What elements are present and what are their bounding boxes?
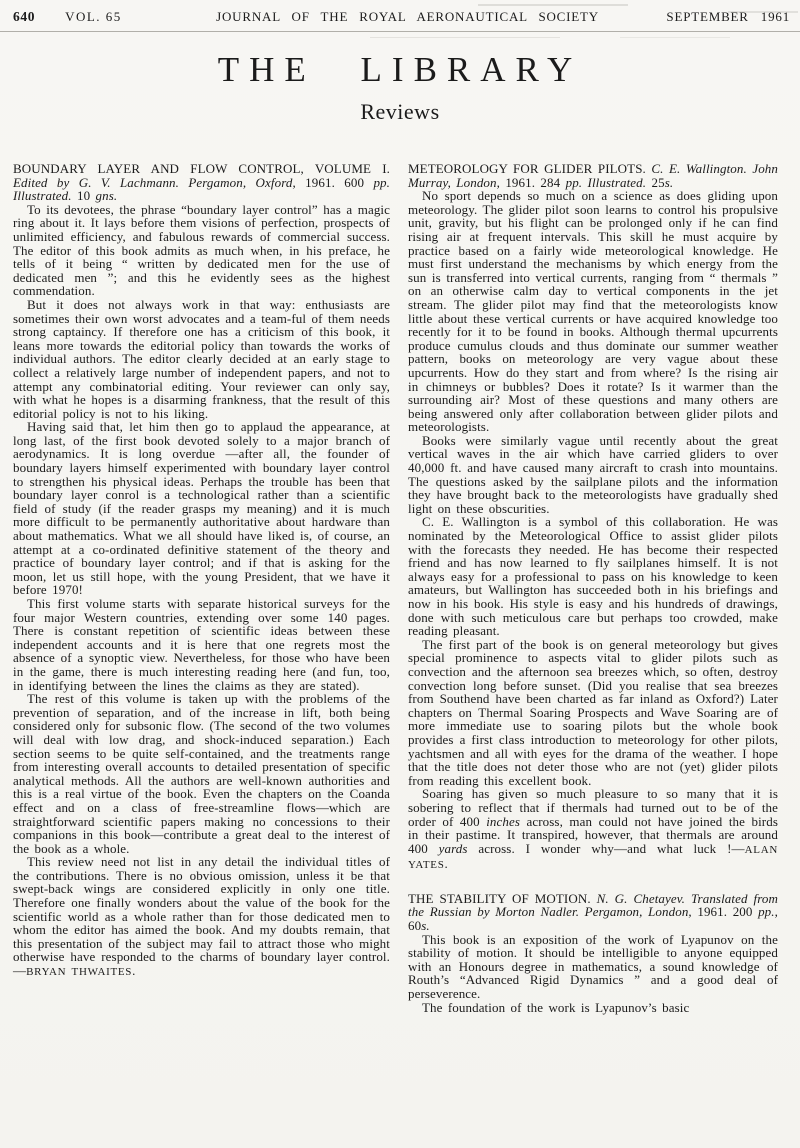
review-paragraph: But it does not always work in that way:… xyxy=(13,298,390,420)
journal-page: 640 VOL. 65 JOURNAL OF THE ROYAL AERONAU… xyxy=(0,0,800,1148)
italic-text-run: yards xyxy=(439,841,468,856)
italic-text-run: pp., xyxy=(758,904,778,919)
text-run: But it does not always work in that way:… xyxy=(13,297,390,421)
italic-text-run: pp. xyxy=(373,175,390,190)
text-run: . xyxy=(445,856,448,871)
review-meteorology-for-glider-pilots: METEOROLOGY FOR GLIDER PILOTS. C. E. Wal… xyxy=(408,162,778,873)
text-run: Books were similarly vague until recentl… xyxy=(408,433,778,516)
review-paragraph: This first volume starts with separate h… xyxy=(13,597,390,692)
review-paragraph: C. E. Wallington is a symbol of this col… xyxy=(408,515,778,637)
review-heading: BOUNDARY LAYER AND FLOW CONTROL, VOLUME … xyxy=(13,162,390,203)
text-run: No sport depends so much on a science as… xyxy=(408,188,778,434)
section-subtitle: Reviews xyxy=(0,99,800,125)
text-run: The foundation of the work is Lyapunov’s… xyxy=(422,1000,689,1015)
review-paragraph: The first part of the book is on general… xyxy=(408,638,778,788)
review-paragraph: Soaring has given so much pleasure to so… xyxy=(408,787,778,873)
review-heading: THE STABILITY OF MOTION. N. G. Chetayev.… xyxy=(408,892,778,933)
review-paragraph: No sport depends so much on a science as… xyxy=(408,189,778,434)
review-paragraph: The foundation of the work is Lyapunov’s… xyxy=(408,1001,778,1015)
review-paragraph: This review need not list in any detail … xyxy=(13,855,390,979)
review-paragraph: The rest of this volume is taken up with… xyxy=(13,692,390,855)
volume-label: VOL. 65 xyxy=(65,9,185,25)
text-run: C. E. Wallington is a symbol of this col… xyxy=(408,514,778,638)
review-boundary-layer-and-flow-control: BOUNDARY LAYER AND FLOW CONTROL, VOLUME … xyxy=(13,162,390,980)
section-title: THE LIBRARY xyxy=(0,50,800,90)
text-run: This book is an exposition of the work o… xyxy=(408,932,778,1001)
header-rule xyxy=(0,31,800,32)
review-heading: METEOROLOGY FOR GLIDER PILOTS. C. E. Wal… xyxy=(408,162,778,189)
review-the-stability-of-motion: THE STABILITY OF MOTION. N. G. Chetayev.… xyxy=(408,892,778,1014)
text-run: This first volume starts with separate h… xyxy=(13,596,390,693)
review-columns: BOUNDARY LAYER AND FLOW CONTROL, VOLUME … xyxy=(13,162,778,1014)
text-run: This review need not list in any detail … xyxy=(13,854,390,978)
journal-title: JOURNAL OF THE ROYAL AERONAUTICAL SOCIET… xyxy=(185,9,630,25)
text-run: 1961. 200 xyxy=(692,904,758,919)
scan-artifact xyxy=(728,11,798,13)
text-run: The first part of the book is on general… xyxy=(408,637,778,788)
review-paragraph: Books were similarly vague until recentl… xyxy=(408,434,778,516)
text-run: 60 xyxy=(408,918,421,933)
text-run: 1961. 600 xyxy=(296,175,374,190)
text-run: . xyxy=(132,963,135,978)
left-column: BOUNDARY LAYER AND FLOW CONTROL, VOLUME … xyxy=(13,162,390,1014)
scan-artifact xyxy=(478,4,628,6)
text-run: Having said that, let him then go to app… xyxy=(13,419,390,597)
text-run: To its devotees, the phrase “boundary la… xyxy=(13,202,390,299)
review-paragraph: This book is an exposition of the work o… xyxy=(408,933,778,1001)
scan-artifact xyxy=(370,37,560,38)
reviewer-name: Bryan Thwaites xyxy=(26,966,132,978)
text-run: across. I wonder why—and what luck !— xyxy=(468,841,745,856)
review-paragraph: To its devotees, the phrase “boundary la… xyxy=(13,203,390,298)
page-number: 640 xyxy=(13,9,35,25)
text-run: The rest of this volume is taken up with… xyxy=(13,691,390,856)
review-paragraph: Having said that, let him then go to app… xyxy=(13,420,390,597)
scan-artifact xyxy=(620,37,730,38)
running-header: 640 VOL. 65 JOURNAL OF THE ROYAL AERONAU… xyxy=(13,9,790,25)
right-column: METEOROLOGY FOR GLIDER PILOTS. C. E. Wal… xyxy=(408,162,778,1014)
